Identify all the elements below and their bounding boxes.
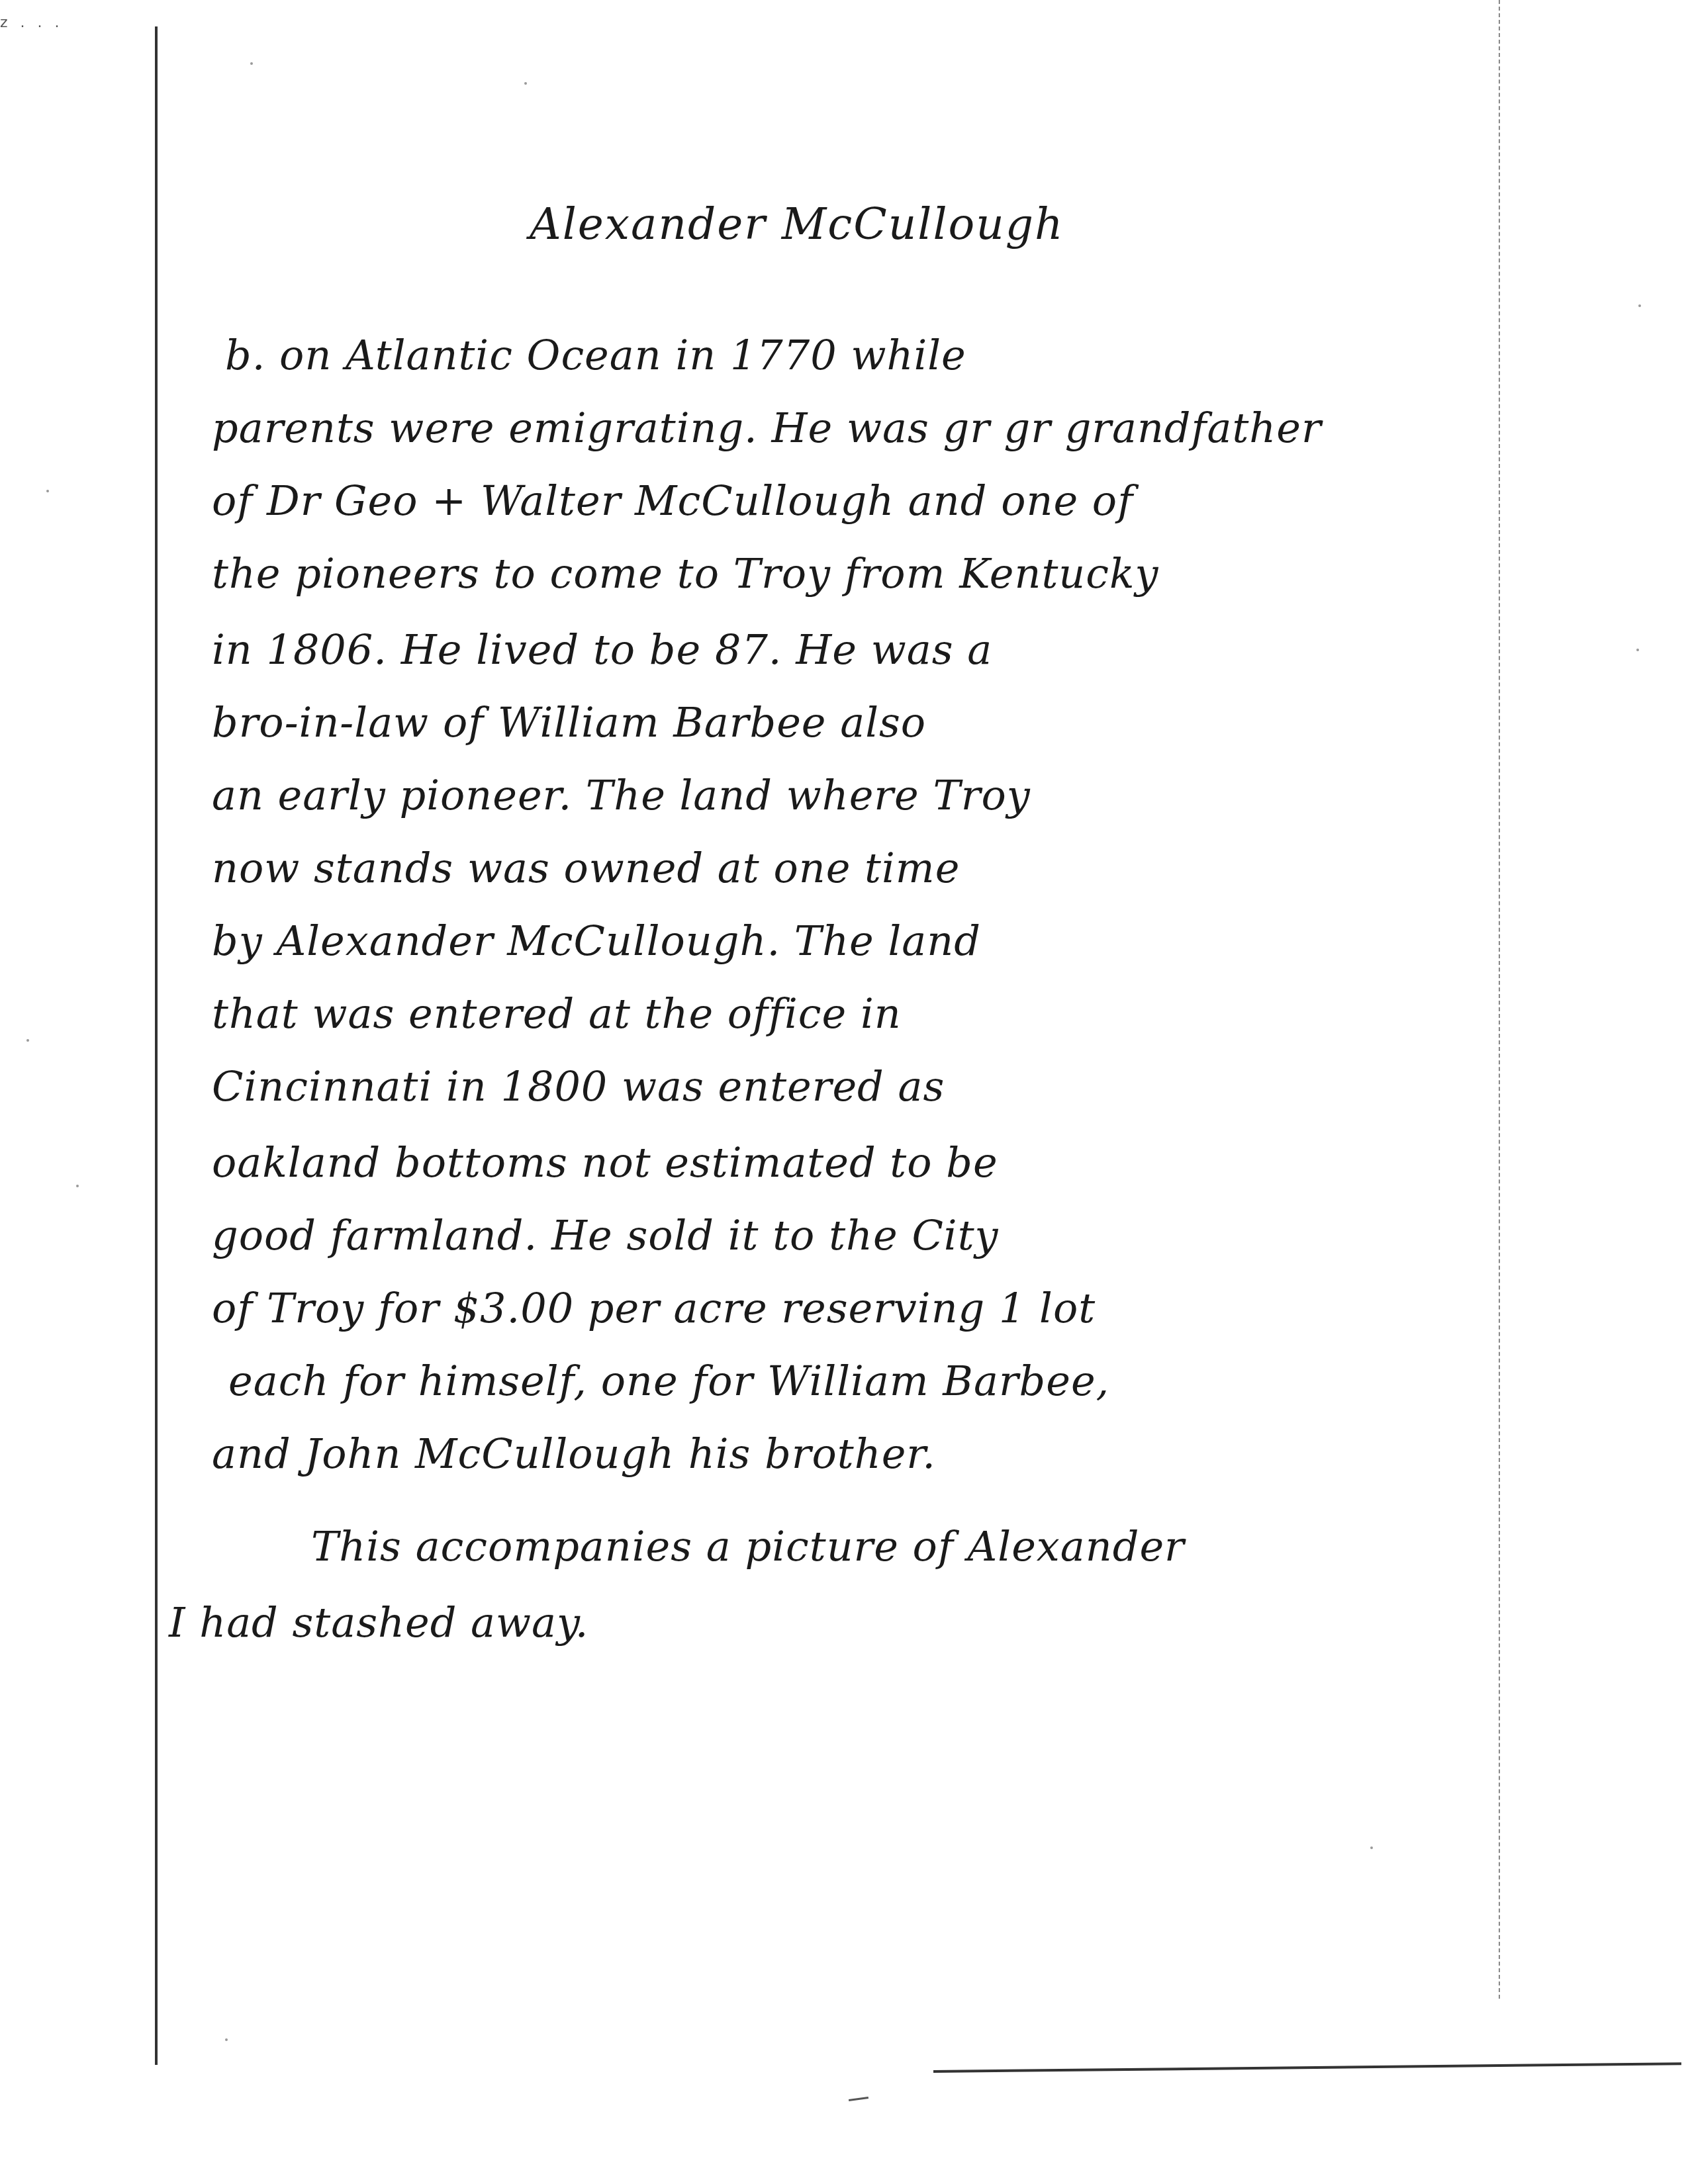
body-line: of Dr Geo + Walter McCullough and one of — [212, 477, 1133, 525]
left-margin-line — [155, 26, 158, 2065]
body-line: each for himself, one for William Barbee… — [228, 1357, 1109, 1405]
body-line: of Troy for $3.00 per acre reserving 1 l… — [212, 1284, 1096, 1332]
speck — [46, 490, 49, 492]
speck — [1370, 1846, 1373, 1849]
body-line: b. on Atlantic Ocean in 1770 while — [225, 331, 966, 379]
speck — [524, 82, 527, 85]
speck — [26, 1039, 29, 1042]
body-line: that was entered at the office in — [212, 989, 902, 1038]
body-line: oakland bottoms not estimated to be — [212, 1138, 998, 1187]
scan-artifact: z . . . — [0, 15, 64, 31]
bottom-rule-stub — [849, 2097, 868, 2101]
closing-line: I had stashed away. — [169, 1598, 589, 1647]
body-line: an early pioneer. The land where Troy — [212, 771, 1031, 819]
body-line: by Alexander McCullough. The land — [212, 917, 981, 965]
body-line: bro-in-law of William Barbee also — [212, 698, 926, 747]
body-line: in 1806. He lived to be 87. He was a — [212, 625, 992, 674]
body-line: good farmland. He sold it to the City — [212, 1211, 999, 1259]
right-margin-line — [1499, 0, 1500, 1999]
document-title: Alexander McCullough — [530, 199, 1064, 250]
body-line: and John McCullough his brother. — [212, 1430, 936, 1478]
speck — [250, 62, 253, 65]
speck — [1636, 649, 1639, 651]
body-line: now stands was owned at one time — [212, 844, 960, 892]
speck — [225, 2038, 228, 2041]
scanned-page: z . . . Alexander McCullough b. on Atlan… — [0, 0, 1688, 2184]
closing-line: This accompanies a picture of Alexander — [311, 1522, 1185, 1570]
speck — [1638, 304, 1641, 307]
body-line: parents were emigrating. He was gr gr gr… — [212, 404, 1322, 452]
speck — [76, 1185, 79, 1187]
body-line: the pioneers to come to Troy from Kentuc… — [212, 549, 1159, 598]
bottom-rule — [933, 2062, 1681, 2073]
body-line: Cincinnati in 1800 was entered as — [212, 1062, 945, 1111]
